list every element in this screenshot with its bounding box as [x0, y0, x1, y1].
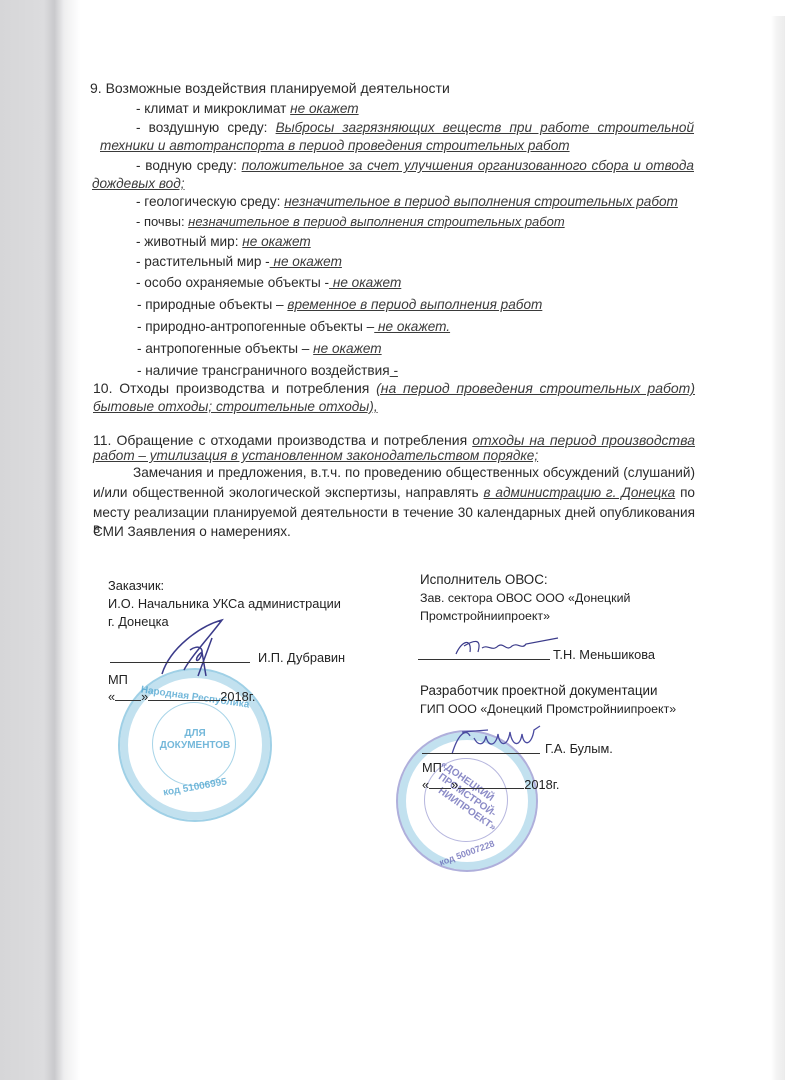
remarks-line-4: СМИ Заявления о намерениях. — [93, 524, 291, 540]
executor-position-1: Зав. сектора ОВОС ООО «Донецкий — [420, 591, 630, 606]
impact-water-cont: дождевых вод; — [92, 176, 185, 192]
section-11-cont: работ – утилизация в установленном закон… — [93, 448, 538, 464]
impact-climate: - климат и микроклимат не окажет — [136, 101, 359, 117]
section-10-cont: бытовые отходы; строительные отходы), — [93, 399, 378, 415]
developer-signature-line — [422, 753, 540, 754]
impact-fauna: - животный мир: не окажет — [136, 234, 311, 250]
customer-mp: МП — [108, 672, 128, 687]
document-page: 9. Возможные воздействия планируемой дея… — [0, 0, 785, 1080]
developer-name: Г.А. Булым. — [545, 741, 613, 756]
remarks-line-1: Замечания и предложения, в.т.ч. по прове… — [133, 465, 695, 481]
section-11-heading: 11. Обращение с отходами производства и … — [93, 432, 695, 448]
impact-geology: - геологическую среду: незначительное в … — [136, 194, 678, 210]
section-10-heading: 10. Отходы производства и потребления (н… — [93, 380, 695, 396]
customer-signature — [150, 618, 240, 678]
executor-role: Исполнитель ОВОС: — [420, 572, 548, 587]
impact-flora: - растительный мир - не окажет — [136, 254, 342, 270]
developer-date: «»2018г. — [422, 777, 559, 792]
customer-date: «»2018г. — [108, 689, 255, 704]
executor-signature-line — [418, 659, 550, 660]
executor-name: Т.Н. Меньшикова — [553, 647, 655, 662]
customer-position: И.О. Начальника УКСа администрации — [108, 596, 341, 611]
impact-water: - водную среду: положительное за счет ул… — [136, 158, 694, 174]
remarks-line-2: и/или общественной экологической эксперт… — [93, 485, 695, 501]
developer-role: Разработчик проектной документации — [420, 683, 658, 698]
impact-natural-objects: - природные объекты – временное в период… — [137, 297, 542, 313]
section-9-heading: 9. Возможные воздействия планируемой дея… — [90, 80, 450, 96]
customer-role: Заказчик: — [108, 578, 164, 593]
impact-natural-anthropogenic: - природно-антропогенные объекты – не ок… — [137, 319, 450, 335]
customer-name: И.П. Дубравин — [258, 650, 345, 665]
customer-signature-line — [110, 662, 250, 663]
impact-air-cont: техники и автотранспорта в период провед… — [100, 138, 570, 154]
impact-soil: - почвы: незначительное в период выполне… — [136, 214, 565, 230]
impact-transboundary: - наличие трансграничного воздействия - — [137, 363, 398, 379]
developer-mp: МП — [422, 760, 442, 775]
developer-position: ГИП ООО «Донецкий Промстройниипроект» — [420, 702, 676, 717]
executor-position-2: Промстройниипроект» — [420, 609, 550, 624]
impact-anthropogenic: - антропогенные объекты – не окажет — [137, 341, 382, 357]
executor-signature — [452, 634, 562, 660]
impact-air: - воздушную среду: Выбросы загрязняющих … — [136, 120, 694, 136]
impact-protected-objects: - особо охраняемые объекты - не окажет — [136, 275, 401, 291]
